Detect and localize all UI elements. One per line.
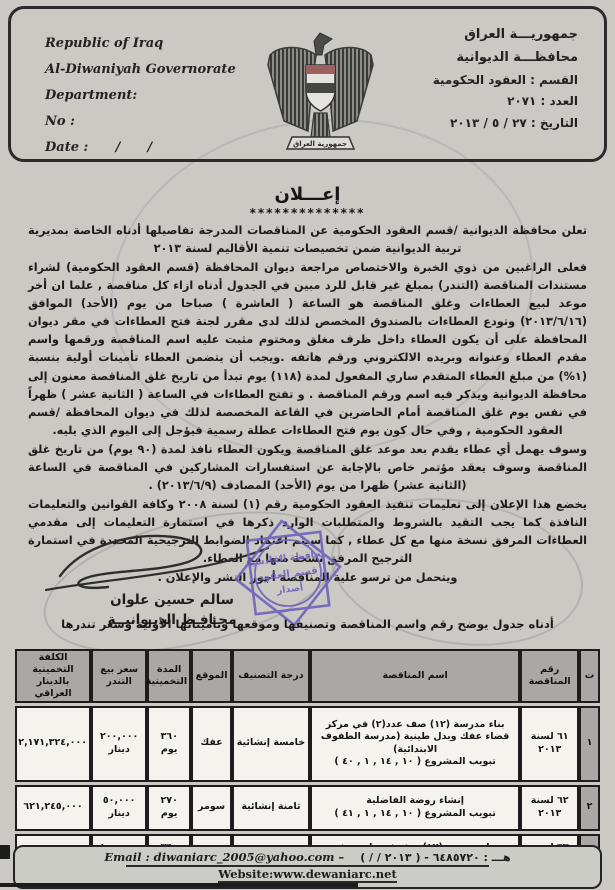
cell-tender-number: ٦١ لسنة ٢٠١٣: [520, 706, 579, 782]
cell-estimated-cost: ٢,١٧١,٣٢٤,٠٠٠: [15, 706, 91, 782]
number-label-en: No :: [45, 109, 236, 135]
department-line-ar: القسم : العقود الحكومية: [433, 70, 578, 92]
col-header-location: الموقع: [191, 649, 232, 703]
letterhead-english: Republic of Iraq Al-Diwaniyah Governorat…: [45, 31, 236, 161]
stamp-issued-text: أصدار: [275, 580, 304, 596]
tenders-table: ت رقم المناقصة اسم المناقصة درجة التصنيف…: [15, 646, 600, 879]
cell-tender-number: ٦٢ لسنة ٢٠١٣: [520, 785, 579, 831]
col-header-estimated-cost: الكلفة التخمينية بالدينار العراقي: [15, 649, 91, 703]
table-row: ٢ ٦٢ لسنة ٢٠١٣ إنشاء روضة الفاضلية تبويب…: [15, 785, 600, 831]
cell-classification: خامسة إنشائية: [232, 706, 310, 782]
cell-duration: ٢٧٠ يوم: [147, 785, 191, 831]
stars-divider: **************: [0, 206, 615, 220]
date-label-en: Date : / /: [45, 135, 236, 161]
paragraph-deadline: وسوف يهمل أي عطاء يقدم بعد موعد غلق المن…: [28, 441, 587, 495]
col-header-tender-number: رقم المناقصة: [520, 649, 579, 703]
letterhead-arabic: جمهوريـــة العراق محافظـــة الديوانية ال…: [433, 23, 578, 135]
letterhead-box: Republic of Iraq Al-Diwaniyah Governorat…: [8, 6, 607, 162]
col-header-seq: ت: [579, 649, 600, 703]
cell-seq: ٢: [579, 785, 600, 831]
footer-website: Website:www.dewaniarc.net: [218, 867, 397, 883]
governorate-name-en: Al-Diwaniyah Governorate: [45, 57, 236, 83]
department-label-en: Department:: [45, 83, 236, 109]
table-row: ١ ٦١ لسنة ٢٠١٣ بناء مدرسة (١٢) صف عدد(٢)…: [15, 706, 600, 782]
tenders-table-wrapper: ت رقم المناقصة اسم المناقصة درجة التصنيف…: [15, 646, 600, 879]
stamp-department-text: قسم العقود: [258, 565, 318, 583]
col-header-classification: درجة التصنيف: [232, 649, 310, 703]
cell-tender-name: إنشاء روضة الفاضلية تبويب المشروع ( ١٠ ,…: [310, 785, 521, 831]
cell-duration: ٣٦٠ يوم: [147, 706, 191, 782]
col-header-tender-name: اسم المناقصة: [310, 649, 521, 703]
cell-classification: ثامنة إنشائية: [232, 785, 310, 831]
document-number-ar: العدد : ٢٠٧١: [433, 91, 578, 113]
scan-artifact-dot: [0, 845, 10, 859]
scanned-document-page: Republic of Iraq Al-Diwaniyah Governorat…: [0, 0, 615, 890]
table-caption: أدناه جدول يوضح رقم واسم المناقصة وتصنيف…: [0, 617, 615, 631]
document-date-ar: التاريخ : ٢٧ / ٥ / ٢٠١٣: [433, 113, 578, 135]
col-header-tender-price: سعر بيع التندر: [91, 649, 147, 703]
footer-phone: هـــ : ٦٤٨٥٧٢٠ - ( ٢٠١٣ / / ): [360, 851, 510, 864]
table-header-row: ت رقم المناقصة اسم المناقصة درجة التصنيف…: [15, 649, 600, 703]
cell-tender-price: ٥٠,٠٠٠ دينار: [91, 785, 147, 831]
country-name-ar: جمهوريـــة العراق: [433, 23, 578, 46]
iraq-eagle-emblem-icon: جمهورية العراق: [258, 25, 383, 155]
scan-artifact-bar: [0, 883, 358, 887]
cell-location: سومر: [191, 785, 232, 831]
paragraph-intro: تعلن محافظة الديوانية /قسم العقود الحكوم…: [28, 222, 587, 258]
emblem-caption-text: جمهورية العراق: [293, 140, 347, 148]
footer-email: Email : diwaniarc_2005@yahoo.com –: [104, 850, 344, 864]
cell-tender-name: بناء مدرسة (١٢) صف عدد(٢) في مركز قضاء ع…: [310, 706, 521, 782]
col-header-duration: المدة التخمينية: [147, 649, 191, 703]
cell-estimated-cost: ٦٢١,٢٤٥,٠٠٠: [15, 785, 91, 831]
cell-location: عفك: [191, 706, 232, 782]
paragraph-terms: فعلى الراغبين من ذوي الخبرة والاختصاص مر…: [28, 259, 587, 440]
country-name-en: Republic of Iraq: [45, 31, 236, 57]
governorate-name-ar: محافظـــة الديوانية: [433, 46, 578, 69]
cell-tender-price: ٢٠٠,٠٠٠ دينار: [91, 706, 147, 782]
cell-seq: ١: [579, 706, 600, 782]
announcement-title: إعـــلان: [0, 184, 615, 205]
